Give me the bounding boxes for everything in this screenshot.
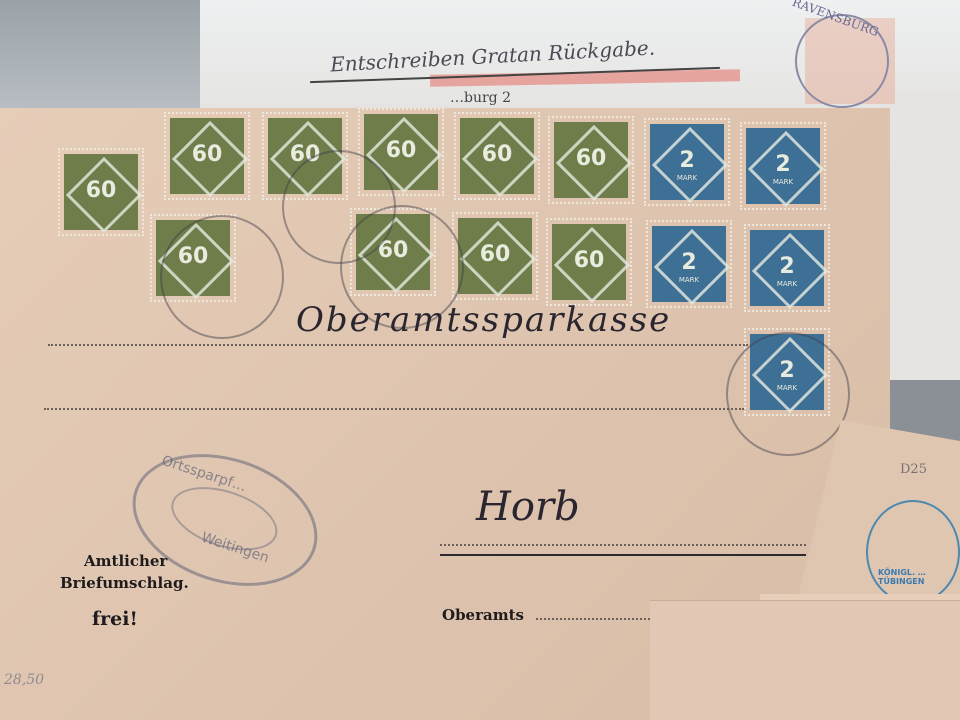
green-stamp: 60 bbox=[546, 218, 632, 306]
blue-cancel-circle bbox=[866, 500, 960, 604]
blue-stamp: 2MARK bbox=[646, 220, 732, 308]
green-stamp: 60 bbox=[164, 112, 250, 200]
addressee-handwriting: Oberamtssparkasse bbox=[296, 300, 671, 340]
printed-official: Amtlicher bbox=[84, 552, 167, 570]
blue-stamp: 2MARK bbox=[740, 122, 826, 210]
pencil-note: 28,50 bbox=[4, 672, 44, 688]
postmark bbox=[160, 215, 284, 339]
city-solid-line bbox=[440, 554, 806, 556]
address-fragment: …burg 2 bbox=[450, 90, 511, 106]
city-dotted-line bbox=[440, 544, 806, 546]
printed-free: frei! bbox=[92, 608, 138, 630]
city-handwriting: Horb bbox=[476, 484, 580, 530]
green-stamp: 60 bbox=[452, 212, 538, 300]
side-pencil-note: D25 bbox=[900, 462, 927, 477]
blue-cancel-text: KÖNIGL. … TÜBINGEN bbox=[878, 568, 960, 586]
oberamts-line bbox=[536, 618, 666, 620]
printed-envelope: Briefumschlag. bbox=[60, 574, 189, 592]
address-line bbox=[44, 408, 744, 410]
green-stamp: 60 bbox=[454, 112, 540, 200]
green-stamp: 60 bbox=[548, 116, 634, 204]
blue-stamp: 2MARK bbox=[644, 118, 730, 206]
lower-envelope bbox=[650, 600, 960, 720]
green-stamp: 60 bbox=[58, 148, 144, 236]
printed-oberamts: Oberamts bbox=[442, 606, 524, 624]
postmark bbox=[726, 332, 850, 456]
address-line bbox=[48, 344, 748, 346]
blue-stamp: 2MARK bbox=[744, 224, 830, 312]
